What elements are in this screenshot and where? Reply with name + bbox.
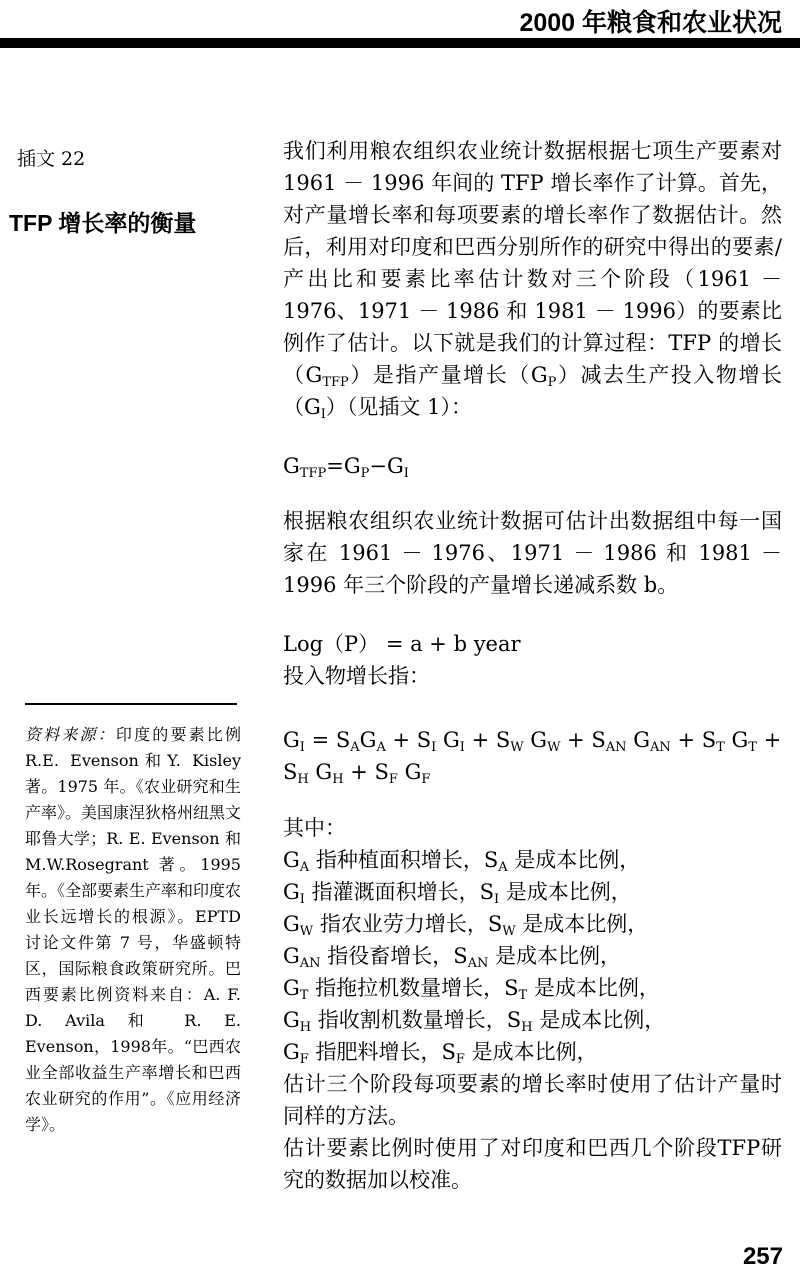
input-growth-intro: 投入物增长指：	[283, 660, 782, 692]
source-note-divider	[25, 703, 237, 705]
source-note-lead: 资料来源：	[25, 725, 116, 744]
where-label: 其中：	[283, 812, 782, 844]
source-note-text: 印度的要素比例 R.E. Evenson和Y. Kisley著。1975 年。《…	[25, 725, 241, 1134]
log-output-formula: Log（P） = a + b year	[283, 628, 782, 660]
box-label: 插文 22	[17, 144, 85, 171]
body-paragraph-2: 根据粮农组织农业统计数据可估计出数据组中每一国家在 1961 － 1976、19…	[283, 505, 782, 601]
box-title: TFP 增长率的衡量	[9, 205, 196, 238]
source-note: 资料来源：印度的要素比例 R.E. Evenson和Y. Kisley著。197…	[25, 722, 241, 1138]
definition-line: GT 指拖拉机数量增长，ST 是成本比例，	[283, 972, 782, 1004]
body-paragraph-4: 估计三个阶段每项要素的增长率时使用了估计产量时同样的方法。	[283, 1068, 782, 1132]
definition-line: GF 指肥料增长，SF 是成本比例，	[283, 1036, 782, 1068]
page-header-title: 2000 年粮食和农业状况	[519, 3, 782, 39]
header-rule-bar	[0, 38, 800, 48]
document-page: 2000 年粮食和农业状况 插文 22 TFP 增长率的衡量 资料来源：印度的要…	[0, 0, 800, 1274]
page-number: 257	[743, 1243, 783, 1271]
tfp-growth-formula: GTFP=GP−GI	[283, 450, 782, 482]
definition-line: GAN 指役畜增长，SAN 是成本比例，	[283, 940, 782, 972]
definitions-list: GA 指种植面积增长，SA 是成本比例， GI 指灌溉面积增长，SI 是成本比例…	[283, 844, 782, 1068]
definition-line: GH 指收割机数量增长，SH 是成本比例，	[283, 1004, 782, 1036]
definition-line: GW 指农业劳力增长，SW 是成本比例，	[283, 908, 782, 940]
input-growth-formula: GI = SAGA + SI GI + SW GW + SAN GAN + ST…	[283, 724, 782, 788]
body-paragraph-1: 我们利用粮农组织农业统计数据根据七项生产要素对 1961 － 1996 年间的 …	[283, 135, 782, 423]
definition-line: GA 指种植面积增长，SA 是成本比例，	[283, 844, 782, 876]
body-column: 我们利用粮农组织农业统计数据根据七项生产要素对 1961 － 1996 年间的 …	[283, 135, 782, 1196]
body-paragraph-5: 估计要素比例时使用了对印度和巴西几个阶段TFP研究的数据加以校准。	[283, 1132, 782, 1196]
definition-line: GI 指灌溉面积增长，SI 是成本比例，	[283, 876, 782, 908]
